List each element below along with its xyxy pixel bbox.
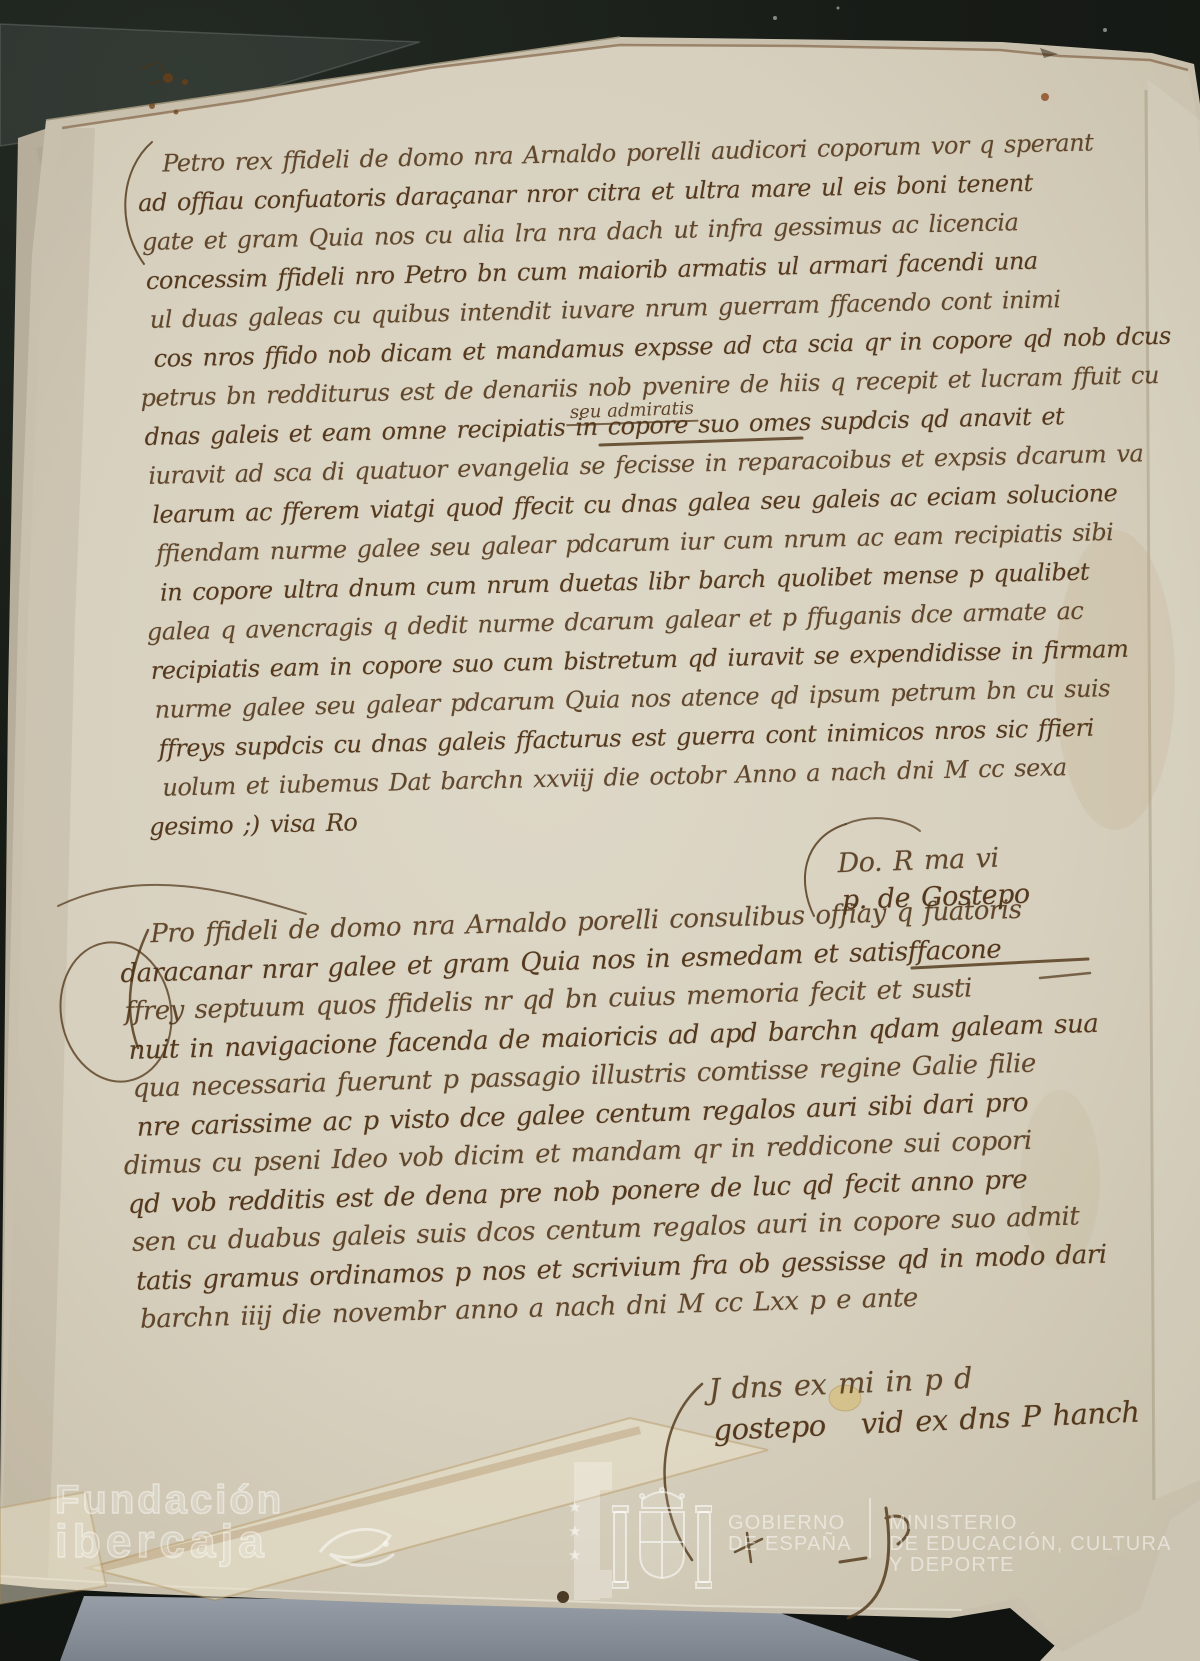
star-icon: ★	[568, 1500, 581, 1515]
ink-specks	[149, 73, 188, 115]
watermark-ministerio-text: MINISTERIO DE EDUCACIÓN, CULTURA Y DEPOR…	[889, 1513, 1172, 1576]
gobierno-line: DE ESPAÑA	[728, 1534, 852, 1555]
manuscript-paragraph-1: Petro rex ffideli de domo nra Arnaldo po…	[142, 128, 1118, 870]
watermark-gobierno-text: GOBIERNO DE ESPAÑA	[728, 1513, 852, 1555]
star-icon: ★	[568, 1548, 581, 1563]
fold-crease	[1146, 90, 1154, 1500]
eu-flag-icon	[600, 1570, 612, 1598]
folio-mark	[142, 63, 165, 84]
manuscript-line: J dns ex mi in p d	[708, 1361, 973, 1406]
eu-flag-icon	[600, 1462, 612, 1490]
manuscript-line: concessim ffideli nro Petro bn cum maior…	[146, 247, 1038, 295]
page-stack-sheet-3	[0, 126, 54, 1586]
ministerio-line: Y DEPORTE	[889, 1555, 1172, 1576]
left-edge-shadow	[0, 128, 95, 1578]
ministerio-line: MINISTERIO	[889, 1513, 1172, 1534]
initial-swash	[58, 885, 306, 914]
watermark-ibercaja-text: ibercaja	[55, 1518, 284, 1564]
manuscript-line: gesimo ;) visa Ro	[149, 808, 358, 841]
manuscript-paragraph-2: Pro ffideli de domo nra Arnaldo porelli …	[124, 893, 1104, 920]
gobierno-line: GOBIERNO	[728, 1513, 852, 1534]
top-edge-rim	[62, 45, 1188, 128]
star-icon: ★	[568, 1524, 581, 1539]
bottom-edge-highlight	[0, 1576, 962, 1610]
watermark-fundacion-text: Fundación	[55, 1480, 284, 1520]
initial-stem	[130, 930, 148, 1048]
foxing-spot	[1041, 93, 1049, 101]
photo-background: Petro rex ffideli de domo nra Arnaldo po…	[0, 0, 1200, 1661]
gray-card	[60, 1596, 920, 1661]
dust-specks	[773, 7, 1107, 33]
fold-highlight	[1148, 80, 1200, 1500]
strikethrough	[1040, 973, 1090, 978]
interlinear-note: seu admiratis	[566, 398, 699, 427]
watermark-fundacion-ibercaja: Fundación ibercaja	[55, 1480, 284, 1564]
ministerio-line: DE EDUCACIÓN, CULTURA	[889, 1534, 1172, 1555]
glassine-film	[0, 24, 420, 146]
manuscript-line: gate et gram Quia nos cu alia lra nra da…	[142, 208, 1019, 256]
watermark-divider	[869, 1498, 871, 1558]
edge-notch	[557, 1591, 569, 1603]
spain-coat-of-arms-icon	[612, 1484, 712, 1604]
edge-tear	[1040, 48, 1058, 58]
manuscript-line: uolum et iubemus Dat barchn xxviij die o…	[162, 753, 1067, 802]
manuscript-line: Do. R ma vi	[837, 843, 999, 880]
